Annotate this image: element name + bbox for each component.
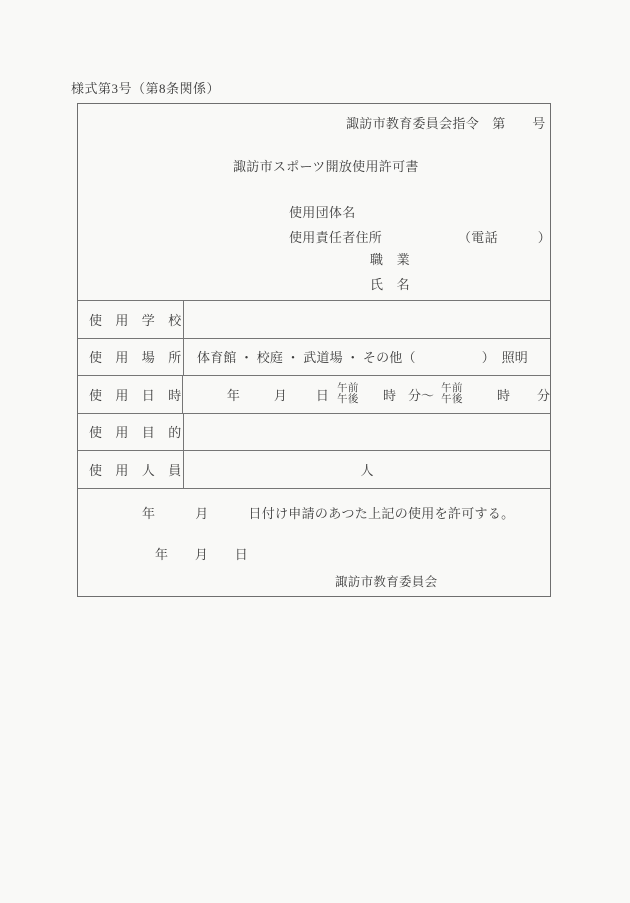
end-minute-label: 分: [537, 385, 550, 404]
group-name-label: 使用団体名: [289, 206, 356, 220]
permit-footer: 年 月 日付け申請のあつた上記の使用を許可する。 年 月 日 諏訪市教育委員会: [78, 489, 550, 596]
scanned-form-page: 様式第3号（第8条関係） 諏訪市教育委員会指令 第 号 諏訪市スポーツ開放使用許…: [0, 0, 630, 903]
ampm-end-am: 午前: [441, 383, 463, 395]
row-label-personnel: 使 用 人 員: [78, 451, 184, 488]
responsible-address-label: 使用責任者住所: [289, 231, 382, 245]
permit-form-box: 諏訪市教育委員会指令 第 号 諏訪市スポーツ開放使用許可書 使用団体名 使用責任…: [77, 103, 551, 597]
datetime-field: 年 月 日 午前 午後 時 分～ 午前 午後 時 分: [183, 376, 550, 413]
end-hour-label: 時: [497, 385, 510, 404]
approval-sentence: 年 月 日付け申請のあつた上記の使用を許可する。: [142, 503, 514, 522]
form-number-label: 様式第3号（第8条関係）: [71, 78, 220, 97]
school-field: [184, 301, 550, 338]
table-row-personnel: 使 用 人 員 人: [78, 451, 550, 489]
name-label: 氏 名: [370, 278, 410, 292]
ampm-start-am: 午前: [337, 383, 359, 395]
issuer-signature: 諏訪市教育委員会: [335, 572, 437, 590]
month-label: 月: [274, 385, 287, 404]
phone-label: （電話 ）: [458, 231, 551, 245]
start-hour-label: 時: [383, 385, 396, 404]
start-minute-label: 分～: [408, 385, 434, 404]
row-label-school: 使 用 学 校: [78, 301, 184, 338]
row-label-place: 使 用 場 所: [78, 339, 184, 376]
document-title: 諏訪市スポーツ開放使用許可書: [233, 160, 419, 174]
ampm-start-label: 午前 午後: [337, 383, 359, 406]
row-label-datetime: 使 用 日 時: [78, 376, 183, 413]
occupation-label: 職 業: [370, 253, 410, 267]
place-options: 体育館 ・ 校庭 ・ 武道場 ・ その他（ ） 照明: [184, 339, 550, 376]
year-label: 年: [227, 385, 240, 404]
ampm-end-label: 午前 午後: [441, 383, 463, 406]
personnel-field: 人: [184, 451, 550, 488]
permit-header: 諏訪市教育委員会指令 第 号 諏訪市スポーツ開放使用許可書 使用団体名 使用責任…: [78, 104, 550, 301]
ampm-start-pm: 午後: [337, 394, 359, 406]
datetime-tokens: 年 月 日 午前 午後 時 分～ 午前 午後 時 分: [183, 383, 550, 406]
ampm-end-pm: 午後: [441, 394, 463, 406]
purpose-field: [184, 414, 550, 451]
table-row-school: 使 用 学 校: [78, 301, 550, 339]
table-row-purpose: 使 用 目 的: [78, 414, 550, 452]
issue-date-line: 年 月 日: [155, 544, 248, 563]
table-row-place: 使 用 場 所 体育館 ・ 校庭 ・ 武道場 ・ その他（ ） 照明: [78, 339, 550, 377]
day-label: 日: [316, 385, 329, 404]
row-label-purpose: 使 用 目 的: [78, 414, 184, 451]
table-row-datetime: 使 用 日 時 年 月 日 午前 午後 時 分～ 午前 午後 時: [78, 376, 550, 414]
directive-number-line: 諏訪市教育委員会指令 第 号: [346, 117, 546, 131]
